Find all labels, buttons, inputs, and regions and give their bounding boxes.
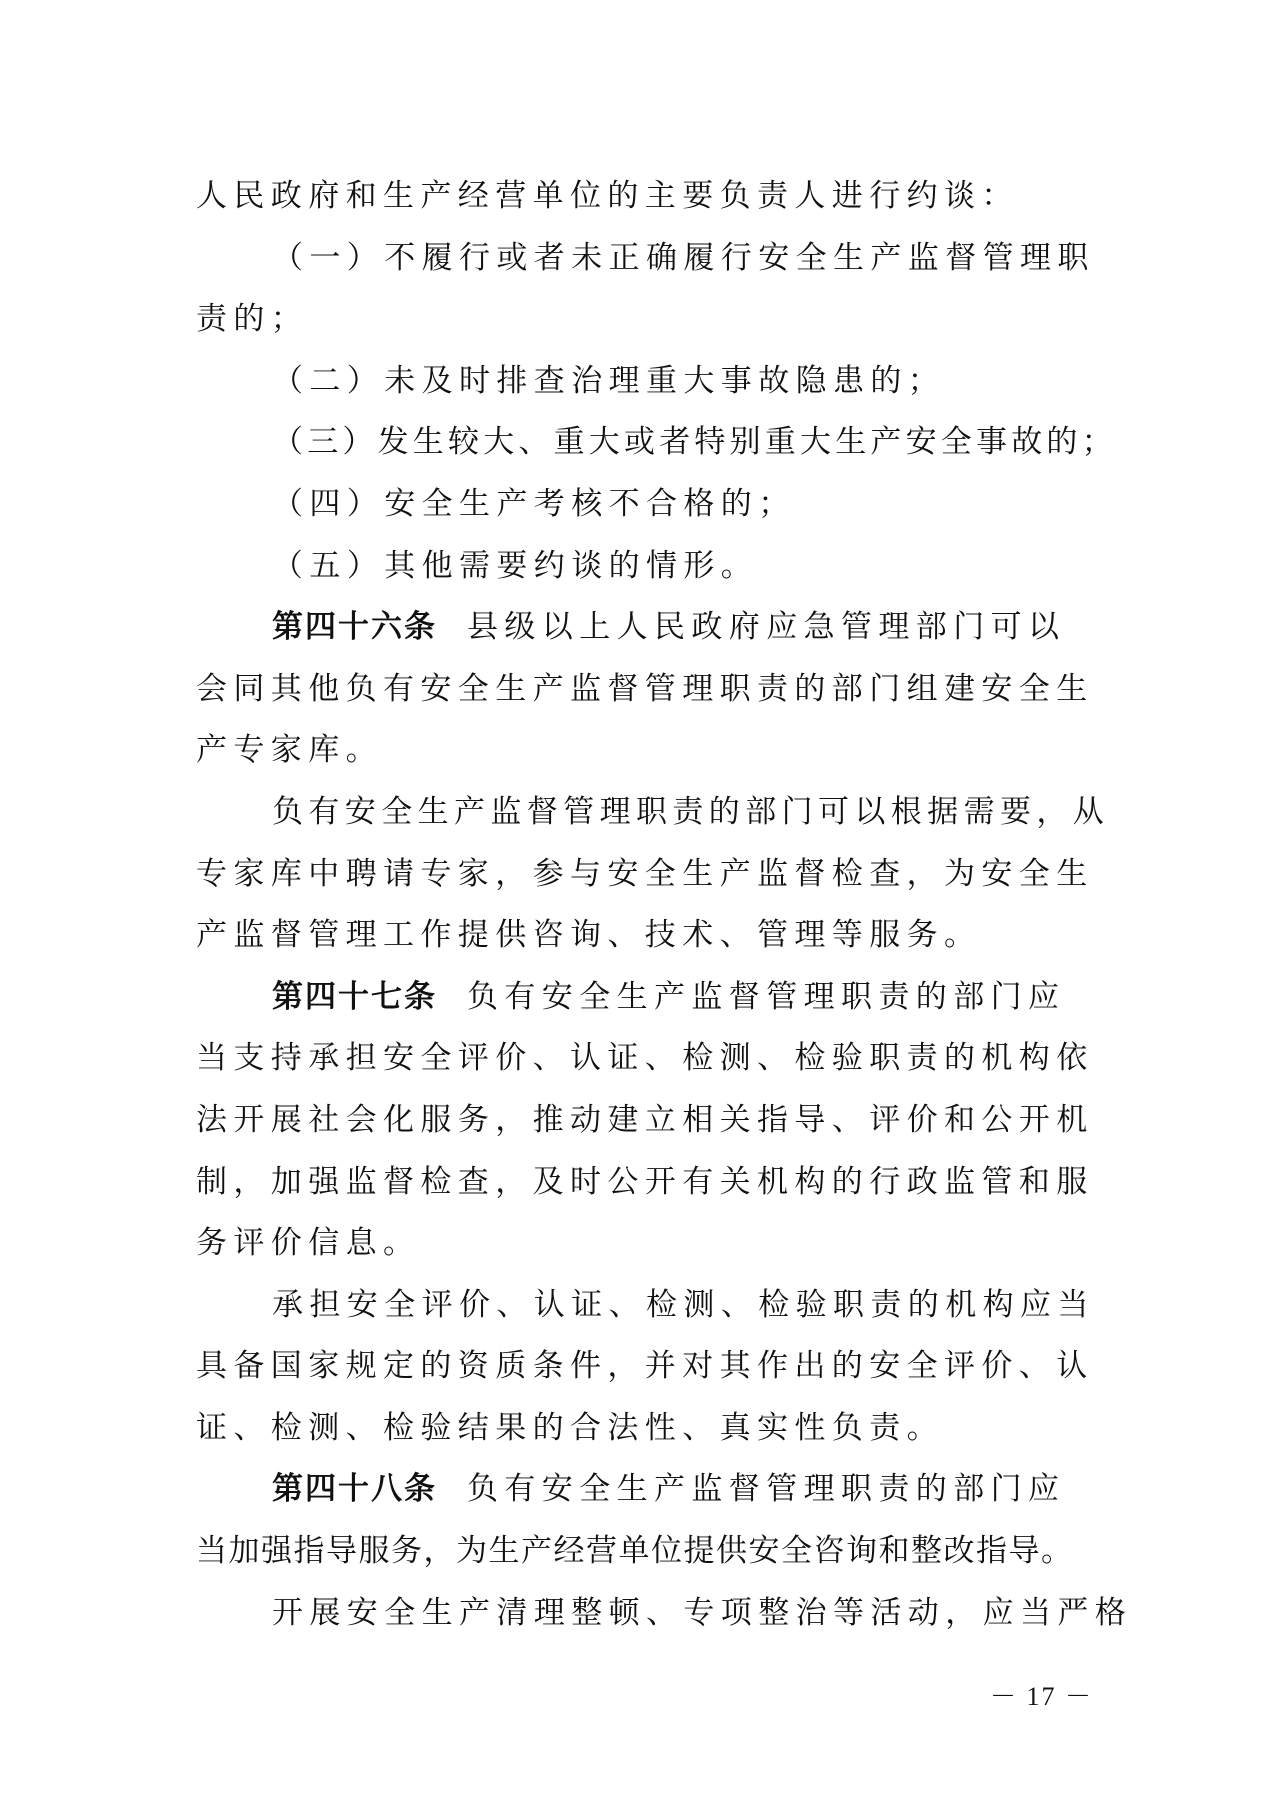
document-page: 人民政府和生产经营单位的主要负责人进行约谈： （一）不履行或者未正确履行安全生产… bbox=[0, 0, 1280, 1812]
list-item-1: （一）不履行或者未正确履行安全生产监督管理职 bbox=[196, 228, 1082, 290]
text-line: 人民政府和生产经营单位的主要负责人进行约谈： bbox=[196, 166, 1082, 228]
text-line: 会同其他负有安全生产监督管理职责的部门组建安全生 bbox=[196, 659, 1082, 721]
text-line: 法开展社会化服务，推动建立相关指导、评价和公开机 bbox=[196, 1090, 1082, 1152]
article-number: 第四十七条 bbox=[272, 979, 437, 1015]
text-line: 专家库中聘请专家，参与安全生产监督检查，为安全生 bbox=[196, 844, 1082, 906]
text-line: 产监督管理工作提供咨询、技术、管理等服务。 bbox=[196, 905, 1082, 967]
article-48-heading-line: 第四十八条负有安全生产监督管理职责的部门应 bbox=[196, 1459, 1082, 1521]
article-text: 负有安全生产监督管理职责的部门应 bbox=[467, 1471, 1065, 1507]
text-line: 当加强指导服务，为生产经营单位提供安全咨询和整改指导。 bbox=[196, 1521, 1082, 1583]
document-body: 人民政府和生产经营单位的主要负责人进行约谈： （一）不履行或者未正确履行安全生产… bbox=[196, 166, 1082, 1644]
list-item-3: （三）发生较大、重大或者特别重大生产安全事故的； bbox=[196, 412, 1082, 474]
list-item-2: （二）未及时排查治理重大事故隐患的； bbox=[196, 351, 1082, 413]
text-line: 开展安全生产清理整顿、专项整治等活动，应当严格 bbox=[196, 1583, 1082, 1645]
text-line: 具备国家规定的资质条件，并对其作出的安全评价、认 bbox=[196, 1336, 1082, 1398]
page-number: － 17 － bbox=[990, 1676, 1093, 1713]
text-line: 证、检测、检验结果的合法性、真实性负责。 bbox=[196, 1398, 1082, 1460]
text-line: 当支持承担安全评价、认证、检测、检验职责的机构依 bbox=[196, 1028, 1082, 1090]
text-line: 产专家库。 bbox=[196, 720, 1082, 782]
article-46-heading-line: 第四十六条县级以上人民政府应急管理部门可以 bbox=[196, 597, 1082, 659]
text-line: 制，加强监督检查，及时公开有关机构的行政监管和服 bbox=[196, 1152, 1082, 1214]
article-number: 第四十六条 bbox=[272, 609, 437, 645]
list-item-5: （五）其他需要约谈的情形。 bbox=[196, 536, 1082, 598]
article-text: 负有安全生产监督管理职责的部门应 bbox=[467, 979, 1065, 1015]
text-line: 务评价信息。 bbox=[196, 1213, 1082, 1275]
text-line: 责的； bbox=[196, 289, 1082, 351]
text-line: 负有安全生产监督管理职责的部门可以根据需要，从 bbox=[196, 782, 1082, 844]
list-item-4: （四）安全生产考核不合格的； bbox=[196, 474, 1082, 536]
article-47-heading-line: 第四十七条负有安全生产监督管理职责的部门应 bbox=[196, 967, 1082, 1029]
article-text: 县级以上人民政府应急管理部门可以 bbox=[467, 609, 1065, 645]
text-line: 承担安全评价、认证、检测、检验职责的机构应当 bbox=[196, 1275, 1082, 1337]
article-number: 第四十八条 bbox=[272, 1471, 437, 1507]
